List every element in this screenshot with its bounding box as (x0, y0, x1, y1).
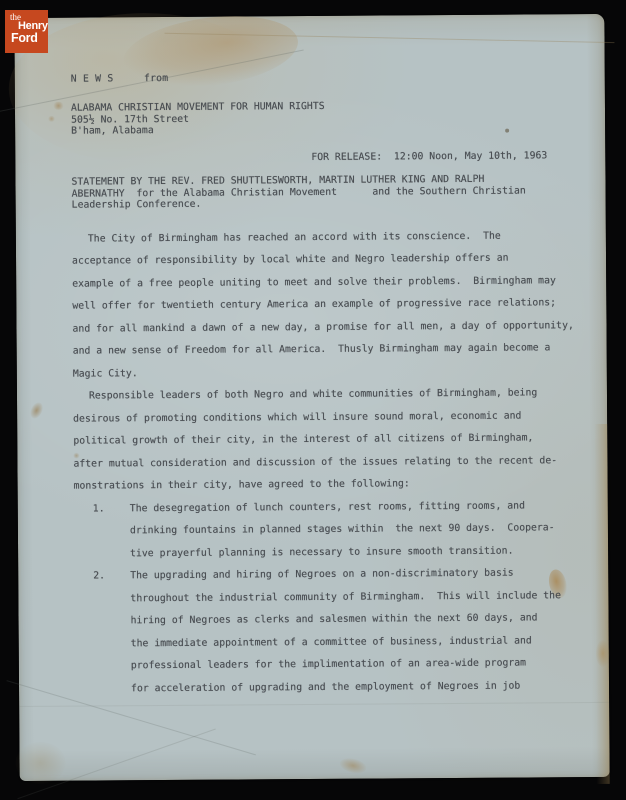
paragraph-line: well offer for twentieth century America… (72, 292, 594, 318)
stain (594, 424, 610, 784)
document-page: N E W S from ALABAMA CHRISTIAN MOVEMENT … (14, 14, 609, 781)
list-item: 2. The upgrading and hiring of Negroes o… (74, 562, 597, 701)
viewer-background: { "branding": { "word_the": "the", "word… (0, 0, 626, 800)
list-item-line: The upgrading and hiring of Negroes on a… (130, 562, 561, 588)
stain (596, 640, 610, 667)
list-item-number: 2. (93, 565, 131, 700)
henry-ford-logo-ford: Ford (11, 31, 38, 45)
statement-heading: STATEMENT BY THE REV. FRED SHUTTLESWORTH… (71, 173, 593, 211)
list-item-line: for acceleration of upgrading and the em… (131, 675, 562, 701)
statement-line: Leadership Conference. (72, 196, 594, 211)
stain (28, 400, 45, 420)
stain (338, 756, 368, 776)
henry-ford-logo: the Henry Ford (5, 10, 48, 53)
org-address-line2: B'ham, Alabama (71, 122, 593, 137)
document-text: N E W S from ALABAMA CHRISTIAN MOVEMENT … (71, 70, 597, 701)
list-item-text: The desegregation of lunch counters, res… (130, 495, 555, 565)
letterhead: ALABAMA CHRISTIAN MOVEMENT FOR HUMAN RIG… (71, 99, 593, 137)
stain (53, 102, 64, 110)
release-line: FOR RELEASE: 12:00 Noon, May 10th, 1963 (311, 150, 593, 163)
list-item-line: drinking fountains in planned stages wit… (130, 517, 555, 542)
document-body: The City of Birmingham has reached an ac… (72, 225, 597, 701)
paragraph-line: and a new sense of Freedom for all Ameri… (73, 337, 595, 363)
list-item-number: 1. (93, 498, 130, 566)
paragraph-line: political growth of their city, in the i… (73, 427, 595, 453)
list-item-line: The desegregation of lunch counters, res… (130, 495, 555, 520)
paper-stains (14, 14, 604, 18)
list-item-line: throughout the industrial community of B… (130, 585, 561, 611)
list-item-line: hiring of Negroes as clerks and salesmen… (130, 607, 561, 633)
stain (48, 116, 55, 122)
list-item-line: tive prayerful planning is necessary to … (130, 540, 555, 565)
news-header: N E W S from (71, 70, 593, 85)
list-item-line: the immediate appointment of a committee… (131, 630, 562, 656)
paper-crease (165, 33, 615, 43)
stain (15, 742, 65, 784)
paper-crease (19, 702, 609, 707)
list-item-line: professional leaders for the implimentat… (131, 652, 562, 678)
list-item-text: The upgrading and hiring of Negroes on a… (130, 562, 562, 700)
paragraph-line: after mutual consideration and discussio… (73, 450, 595, 476)
list-item: 1. The desegregation of lunch counters, … (74, 495, 596, 566)
paper-crease (17, 729, 215, 800)
paragraph-line: Responsible leaders of both Negro and wh… (73, 382, 595, 408)
